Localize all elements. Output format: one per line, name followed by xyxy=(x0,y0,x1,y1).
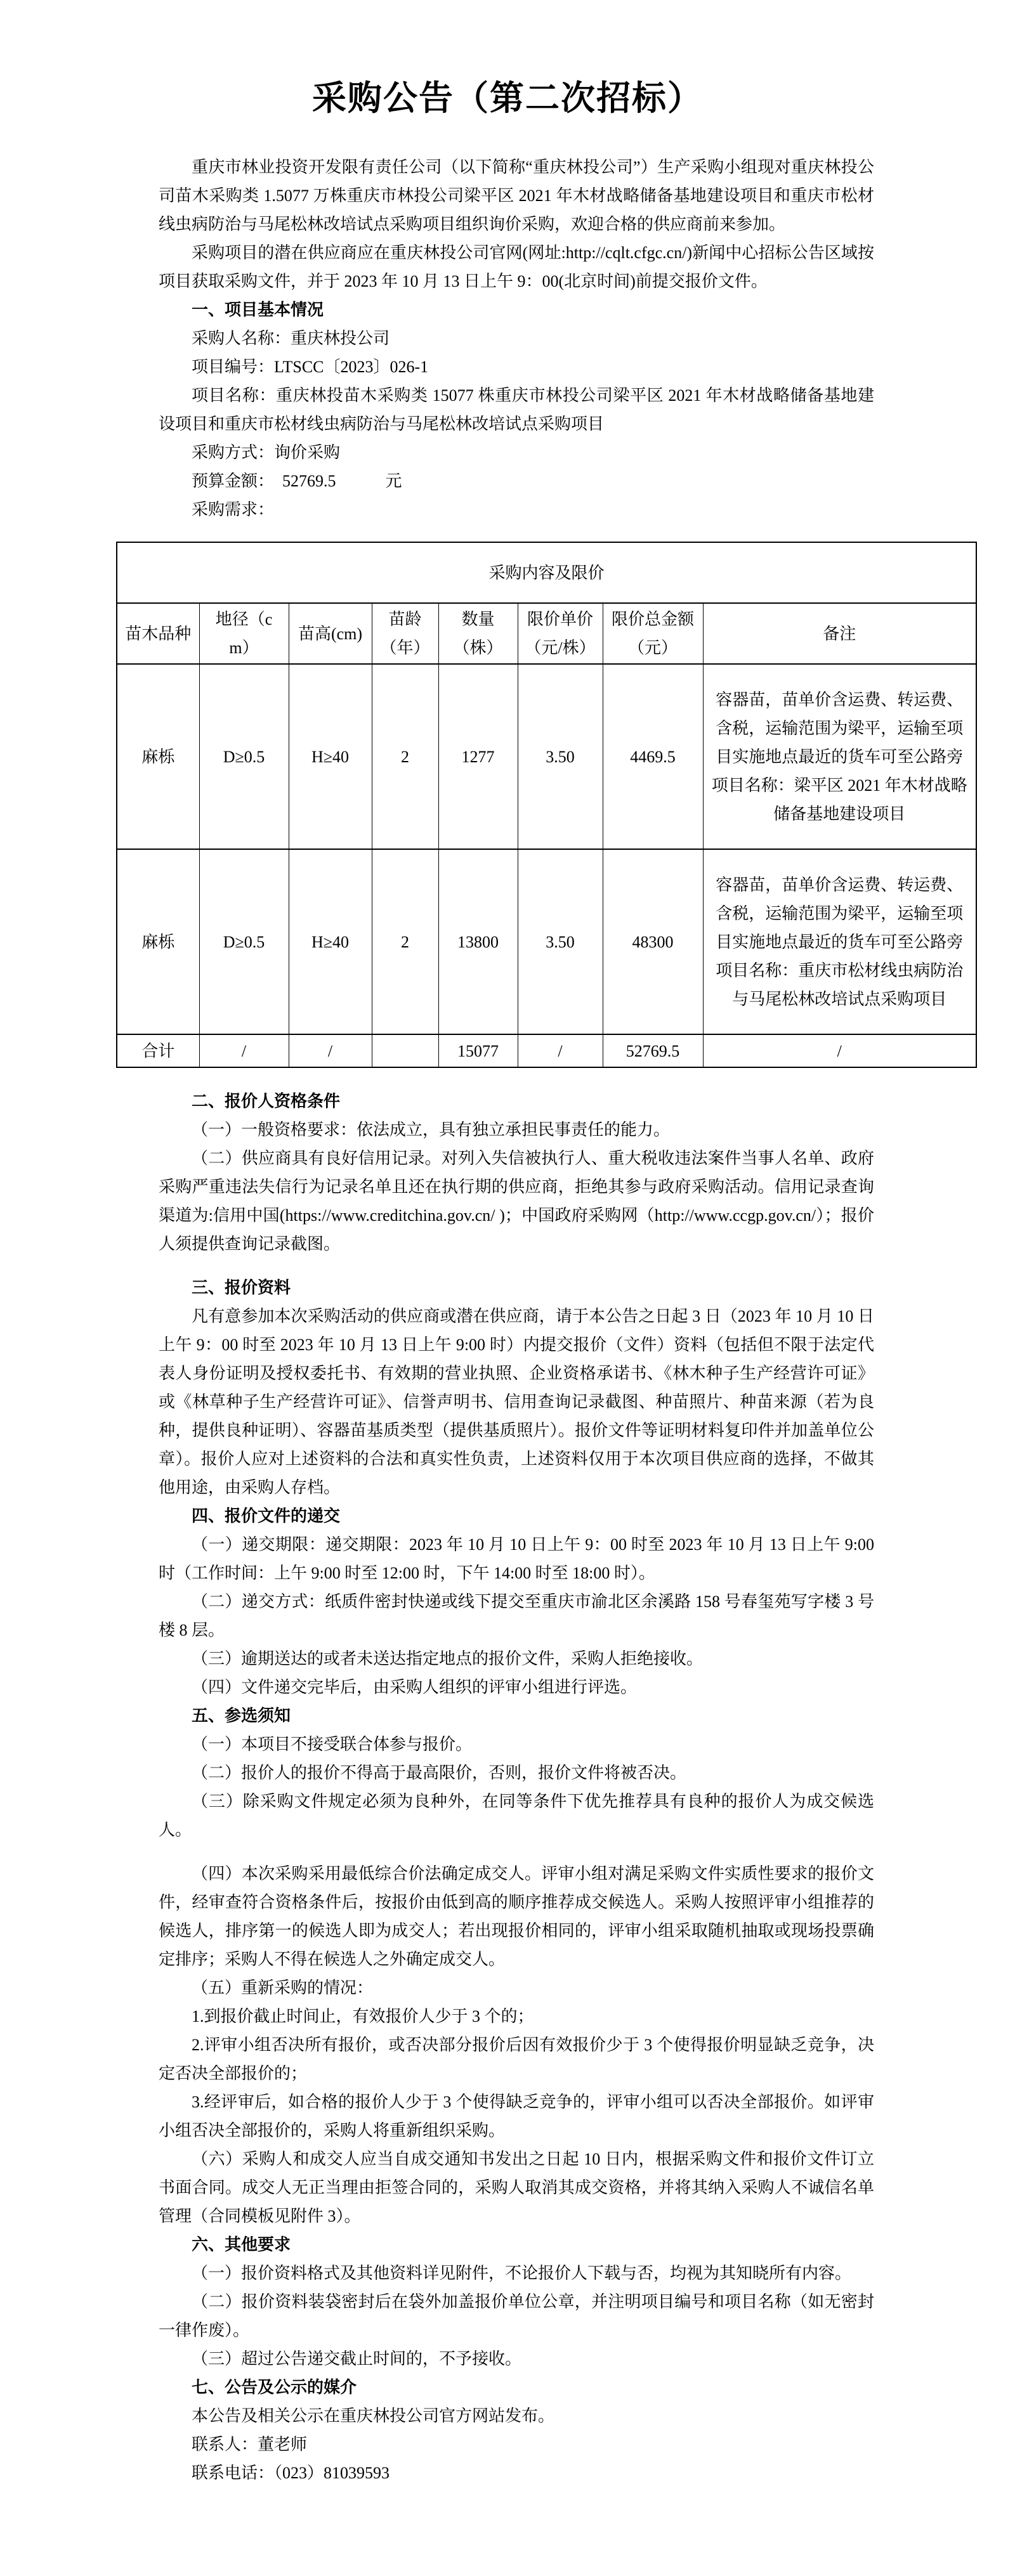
section5-item-6: （六）采购人和成交人应当自成交通知书发出之日起 10 日内，根据采购文件和报价文… xyxy=(159,2145,874,2230)
buyer-name-line: 采购人名称：重庆林投公司 xyxy=(159,324,874,353)
cell-quantity: 15077 xyxy=(438,1034,518,1067)
section3-body: 凡有意参加本次采购活动的供应商或潜在供应商，请于本公告之日起 3 日（2023 … xyxy=(159,1302,874,1502)
section5-item-4: （四）本次采购采用最低综合价法确定成交人。评审小组对满足采购文件实质性要求的报价… xyxy=(159,1859,874,1974)
cell-total-price: 52769.5 xyxy=(603,1034,703,1067)
cell-unit-price: 3.50 xyxy=(518,849,603,1034)
cell-diameter: D≥0.5 xyxy=(199,664,289,849)
section5-item-5-2: 2.评审小组否决所有报价，或否决部分报价后因有效报价少于 3 个使得报价明显缺乏… xyxy=(159,2031,874,2088)
col-header-total-price-limit: 限价总金额 （元） xyxy=(603,603,703,664)
cell-unit-price: / xyxy=(518,1034,603,1067)
project-number-line: 项目编号：LTSCC〔2023〕026-1 xyxy=(159,353,874,381)
section4-heading: 四、报价文件的递交 xyxy=(159,1502,874,1530)
procurement-table: 采购内容及限价 苗木品种 地径（cm） 苗高(cm) 苗龄 （年） 数量 （株）… xyxy=(116,542,977,1068)
cell-species: 麻栎 xyxy=(117,849,199,1034)
section5-item-1: （一）本项目不接受联合体参与报价。 xyxy=(159,1730,874,1759)
intro-paragraph-2: 采购项目的潜在供应商应在重庆林投公司官网(网址:http://cqlt.cfgc… xyxy=(159,238,874,296)
table-row-1: 麻栎 D≥0.5 H≥40 2 1277 3.50 4469.5 容器苗，苗单价… xyxy=(117,664,976,849)
col-header-quantity: 数量 （株） xyxy=(438,603,518,664)
budget-line: 预算金额： 52769.5 元 xyxy=(159,467,874,495)
cell-height: H≥40 xyxy=(289,664,372,849)
contact-phone-line: 联系电话：（023）81039593 xyxy=(159,2459,874,2487)
cell-age: 2 xyxy=(372,664,438,849)
cell-age: 2 xyxy=(372,849,438,1034)
section6-item-2: （二）报价资料装袋密封后在袋外加盖报价单位公章，并注明项目编号和项目名称（如无密… xyxy=(159,2287,874,2345)
procurement-method-line: 采购方式：询价采购 xyxy=(159,438,874,467)
col-header-seedling-age: 苗龄 （年） xyxy=(372,603,438,664)
section7-body: 本公告及相关公示在重庆林投公司官方网站发布。 xyxy=(159,2402,874,2430)
col-header-remark: 备注 xyxy=(703,603,976,664)
section2-item-1: （一）一般资格要求：依法成立，具有独立承担民事责任的能力。 xyxy=(159,1116,874,1144)
section5-item-3: （三）除采购文件规定必须为良种外，在同等条件下优先推荐具有良种的报价人为成交候选… xyxy=(159,1787,874,1844)
section4-item-3: （三）逾期送达的或者未送达指定地点的报价文件，采购人拒绝接收。 xyxy=(159,1644,874,1673)
cell-unit-price: 3.50 xyxy=(518,664,603,849)
document-page: 采购公告（第二次招标） 重庆市林业投资开发限有责任公司（以下简称“重庆林投公司”… xyxy=(0,0,1015,2576)
col-header-species: 苗木品种 xyxy=(117,603,199,664)
section5-item-2: （二）报价人的报价不得高于最高限价，否则，报价文件将被否决。 xyxy=(159,1759,874,1787)
intro-block: 重庆市林业投资开发限有责任公司（以下简称“重庆林投公司”）生产采购小组现对重庆林… xyxy=(159,153,874,524)
table-header-row: 苗木品种 地径（cm） 苗高(cm) 苗龄 （年） 数量 （株） 限价单价 （元… xyxy=(117,603,976,664)
remark-project-name: 项目名称：梁平区 2021 年木材战略储备基地建设项目 xyxy=(710,771,970,828)
section2-heading: 二、报价人资格条件 xyxy=(159,1087,874,1116)
remark-note: 容器苗，苗单价含运费、转运费、含税，运输范围为梁平，运输至项目实施地点最近的货车… xyxy=(710,871,970,956)
table-row-2: 麻栎 D≥0.5 H≥40 2 13800 3.50 48300 容器苗，苗单价… xyxy=(117,849,976,1034)
cell-total-price: 4469.5 xyxy=(603,664,703,849)
section6-heading: 六、其他要求 xyxy=(159,2230,874,2259)
cell-height: / xyxy=(289,1034,372,1067)
cell-species: 麻栎 xyxy=(117,664,199,849)
intro-paragraph-1: 重庆市林业投资开发限有责任公司（以下简称“重庆林投公司”）生产采购小组现对重庆林… xyxy=(159,153,874,238)
section4-item-1: （一）递交期限：递交期限：2023 年 10 月 10 日上午 9：00 时至 … xyxy=(159,1530,874,1587)
contact-person-line: 联系人：董老师 xyxy=(159,2430,874,2459)
cell-height: H≥40 xyxy=(289,849,372,1034)
remark-note: 容器苗，苗单价含运费、转运费、含税，运输范围为梁平，运输至项目实施地点最近的货车… xyxy=(710,686,970,771)
page-title: 采购公告（第二次招标） xyxy=(0,71,1015,120)
section5-item-5-3: 3.经评审后，如合格的报价人少于 3 个使得缺乏竞争的，评审小组可以否决全部报价… xyxy=(159,2088,874,2145)
remark-project-name: 项目名称：重庆市松材线虫病防治与马尾松林改培试点采购项目 xyxy=(710,956,970,1013)
section6-item-1: （一）报价资料格式及其他资料详见附件，不论报价人下载与否，均视为其知晓所有内容。 xyxy=(159,2259,874,2287)
col-header-unit-price-limit: 限价单价 （元/株） xyxy=(518,603,603,664)
cell-remark: / xyxy=(703,1034,976,1067)
section5-item-5-1: 1.到报价截止时间止，有效报价人少于 3 个的； xyxy=(159,2002,874,2031)
cell-total-label: 合计 xyxy=(117,1034,199,1067)
cell-age xyxy=(372,1034,438,1067)
col-header-ground-diameter: 地径（cm） xyxy=(199,603,289,664)
demand-line: 采购需求： xyxy=(159,495,874,524)
cell-remark: 容器苗，苗单价含运费、转运费、含税，运输范围为梁平，运输至项目实施地点最近的货车… xyxy=(703,664,976,849)
section3-heading: 三、报价资料 xyxy=(159,1273,874,1302)
section7-heading: 七、公告及公示的媒介 xyxy=(159,2373,874,2402)
section2-item-2: （二）供应商具有良好信用记录。对列入失信被执行人、重大税收违法案件当事人名单、政… xyxy=(159,1144,874,1258)
cell-remark: 容器苗，苗单价含运费、转运费、含税，运输范围为梁平，运输至项目实施地点最近的货车… xyxy=(703,849,976,1034)
cell-quantity: 1277 xyxy=(438,664,518,849)
table-total-row: 合计 / / 15077 / 52769.5 / xyxy=(117,1034,976,1067)
project-name-line: 项目名称：重庆林投苗木采购类 15077 株重庆市林投公司梁平区 2021 年木… xyxy=(159,381,874,438)
body-block: 二、报价人资格条件 （一）一般资格要求：依法成立，具有独立承担民事责任的能力。 … xyxy=(159,1087,874,2487)
col-header-seedling-height: 苗高(cm) xyxy=(289,603,372,664)
section1-heading: 一、项目基本情况 xyxy=(159,296,874,324)
cell-quantity: 13800 xyxy=(438,849,518,1034)
procurement-table-wrapper: 采购内容及限价 苗木品种 地径（cm） 苗高(cm) 苗龄 （年） 数量 （株）… xyxy=(116,542,1015,1068)
section5-heading: 五、参选须知 xyxy=(159,1701,874,1730)
cell-diameter: D≥0.5 xyxy=(199,849,289,1034)
cell-total-price: 48300 xyxy=(603,849,703,1034)
section6-item-3: （三）超过公告递交截止时间的，不予接收。 xyxy=(159,2345,874,2373)
section4-item-4: （四）文件递交完毕后，由采购人组织的评审小组进行评选。 xyxy=(159,1673,874,1701)
section4-item-2: （二）递交方式：纸质件密封快递或线下提交至重庆市渝北区余溪路 158 号春玺苑写… xyxy=(159,1587,874,1644)
cell-diameter: / xyxy=(199,1034,289,1067)
section5-item-5: （五）重新采购的情况： xyxy=(159,1974,874,2002)
table-caption: 采购内容及限价 xyxy=(117,542,976,603)
table-caption-row: 采购内容及限价 xyxy=(117,542,976,603)
